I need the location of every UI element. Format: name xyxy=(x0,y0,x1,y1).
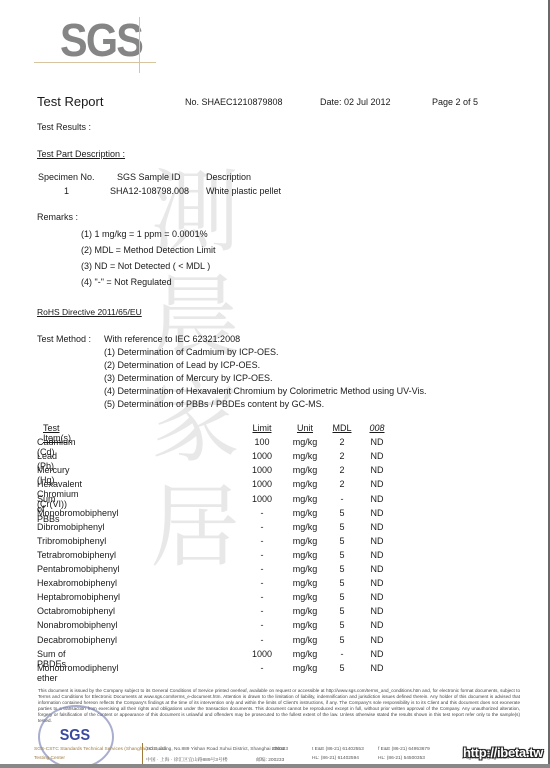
test-item-cell: Octabromobiphenyl xyxy=(37,606,115,616)
test-item-cell: Heptabromobiphenyl xyxy=(37,592,120,602)
test-item-cell: Decabromobiphenyl xyxy=(37,635,117,645)
remarks-label: Remarks : xyxy=(37,212,78,222)
unit-cell: mg/kg xyxy=(290,522,320,532)
unit-cell: mg/kg xyxy=(290,536,320,546)
specimen-header: Description xyxy=(206,172,251,182)
test-item-cell: Pentabromobiphenyl xyxy=(37,564,120,574)
result-cell: ND xyxy=(362,663,392,673)
legal-disclaimer: This document is issued by the Company s… xyxy=(38,688,520,724)
mdl-cell: 2 xyxy=(327,451,357,461)
limit-cell: - xyxy=(247,592,277,602)
unit-cell: mg/kg xyxy=(290,649,320,659)
remark-item: (3) ND = Not Detected ( < MDL ) xyxy=(81,261,210,271)
header-unit: Unit xyxy=(290,423,320,433)
limit-cell: 1000 xyxy=(247,451,277,461)
unit-cell: mg/kg xyxy=(290,437,320,447)
limit-cell: 1000 xyxy=(247,465,277,475)
phone-hl-tel: HL: (86-21) 61402594 xyxy=(312,756,359,761)
test-item-cell: Tribromobiphenyl xyxy=(37,536,106,546)
test-item-cell: Monobromobiphenyl xyxy=(37,508,119,518)
page-bottom-border xyxy=(0,764,550,768)
limit-cell: - xyxy=(247,635,277,645)
stamp-logo-text: SGS xyxy=(60,727,90,745)
limit-cell: 1000 xyxy=(247,649,277,659)
mdl-cell: 5 xyxy=(327,578,357,588)
result-cell: ND xyxy=(362,437,392,447)
limit-cell: - xyxy=(247,508,277,518)
unit-cell: mg/kg xyxy=(290,620,320,630)
unit-cell: mg/kg xyxy=(290,663,320,673)
specimen-cell: White plastic pellet xyxy=(206,186,281,196)
test-method-item: (2) Determination of Lead by ICP-OES. xyxy=(104,360,260,370)
sgs-logo: SGS xyxy=(34,17,159,77)
result-cell: ND xyxy=(362,606,392,616)
limit-cell: - xyxy=(247,620,277,630)
test-method-reference: With reference to IEC 62321:2008 xyxy=(104,334,240,344)
result-cell: ND xyxy=(362,479,392,489)
limit-cell: - xyxy=(247,564,277,574)
logo-rule xyxy=(34,62,156,63)
limit-cell: 1000 xyxy=(247,479,277,489)
mdl-cell: 5 xyxy=(327,635,357,645)
test-results-label: Test Results : xyxy=(37,122,91,132)
limit-cell: - xyxy=(247,536,277,546)
result-cell: ND xyxy=(362,620,392,630)
limit-cell: 100 xyxy=(247,437,277,447)
mdl-cell: 5 xyxy=(327,550,357,560)
unit-cell: mg/kg xyxy=(290,592,320,602)
test-report-page: SGS Test Report No. SHAEC1210879808 Date… xyxy=(0,0,550,768)
limit-cell: - xyxy=(247,663,277,673)
address-chinese: 中国 · 上海 · 徐汇区宜山路889号3号楼 xyxy=(146,756,228,763)
mdl-cell: 2 xyxy=(327,479,357,489)
unit-cell: mg/kg xyxy=(290,479,320,489)
header-mdl: MDL xyxy=(327,423,357,433)
unit-cell: mg/kg xyxy=(290,606,320,616)
result-cell: ND xyxy=(362,536,392,546)
remark-item: (4) "-" = Not Regulated xyxy=(81,277,172,287)
postcode-english: 200233 xyxy=(272,747,288,752)
specimen-cell: SHA12-108798.008 xyxy=(110,186,189,196)
mdl-cell: 5 xyxy=(327,663,357,673)
report-title: Test Report xyxy=(37,94,103,109)
limit-cell: 1000 xyxy=(247,494,277,504)
test-part-description-heading: Test Part Description : xyxy=(37,149,125,159)
postcode-chinese: 邮编: 200233 xyxy=(256,756,284,763)
mdl-cell: - xyxy=(327,649,357,659)
result-cell: ND xyxy=(362,451,392,461)
remark-item: (2) MDL = Method Detection Limit xyxy=(81,245,215,255)
limit-cell: - xyxy=(247,606,277,616)
test-method-item: (5) Determination of PBBs / PBDEs conten… xyxy=(104,399,324,409)
test-item-cell: Nonabromobiphenyl xyxy=(37,620,118,630)
background-watermark: 測晨家居 xyxy=(130,160,260,580)
limit-cell: - xyxy=(247,522,277,532)
specimen-header: SGS Sample ID xyxy=(117,172,181,182)
mdl-cell: 5 xyxy=(327,564,357,574)
result-cell: ND xyxy=(362,578,392,588)
report-date: Date: 02 Jul 2012 xyxy=(320,97,391,107)
page-number: Page 2 of 5 xyxy=(432,97,478,107)
result-cell: ND xyxy=(362,592,392,602)
mdl-cell: 5 xyxy=(327,508,357,518)
phone-hl-fax: HL: (86-21) 54500353 xyxy=(378,756,425,761)
header-sample-008: 008 xyxy=(362,423,392,433)
address-english: 3rd Building, No.889 Yishan Road Xuhui D… xyxy=(146,747,284,752)
phone-ee-tel: t E&E (86-21) 61402553 xyxy=(312,747,364,752)
result-cell: ND xyxy=(362,564,392,574)
result-cell: ND xyxy=(362,649,392,659)
phone-ee-fax: f E&E (86-21) 64953679 xyxy=(378,747,430,752)
mdl-cell: 5 xyxy=(327,522,357,532)
logo-rule-vertical xyxy=(139,17,140,73)
limit-cell: - xyxy=(247,578,277,588)
company-division: Testing Center xyxy=(34,756,65,761)
result-cell: ND xyxy=(362,508,392,518)
test-item-cell: Tetrabromobiphenyl xyxy=(37,550,116,560)
result-cell: ND xyxy=(362,635,392,645)
test-item-cell: Monobromodiphenyl ether xyxy=(37,663,119,683)
mdl-cell: - xyxy=(327,494,357,504)
unit-cell: mg/kg xyxy=(290,465,320,475)
sgs-logo-text: SGS xyxy=(60,17,142,63)
test-method-item: (4) Determination of Hexavalent Chromium… xyxy=(104,386,426,396)
mdl-cell: 5 xyxy=(327,620,357,630)
mdl-cell: 2 xyxy=(327,465,357,475)
directive-heading: RoHS Directive 2011/65/EU xyxy=(37,307,142,317)
mdl-cell: 5 xyxy=(327,606,357,616)
test-method-item: (1) Determination of Cadmium by ICP-OES. xyxy=(104,347,279,357)
remark-item: (1) 1 mg/kg = 1 ppm = 0.0001% xyxy=(81,229,208,239)
unit-cell: mg/kg xyxy=(290,494,320,504)
test-method-label: Test Method : xyxy=(37,334,91,344)
header-limit: Limit xyxy=(247,423,277,433)
result-cell: ND xyxy=(362,465,392,475)
report-number: No. SHAEC1210879808 xyxy=(185,97,283,107)
mdl-cell: 5 xyxy=(327,592,357,602)
limit-cell: - xyxy=(247,550,277,560)
mdl-cell: 5 xyxy=(327,536,357,546)
unit-cell: mg/kg xyxy=(290,564,320,574)
result-cell: ND xyxy=(362,550,392,560)
result-cell: ND xyxy=(362,494,392,504)
test-item-cell: Hexabromobiphenyl xyxy=(37,578,117,588)
specimen-cell: 1 xyxy=(64,186,69,196)
unit-cell: mg/kg xyxy=(290,550,320,560)
site-watermark-url: http://ibeta.tw xyxy=(463,745,543,760)
footer-divider xyxy=(142,743,143,765)
test-item-cell: Dibromobiphenyl xyxy=(37,522,105,532)
test-method-item: (3) Determination of Mercury by ICP-OES. xyxy=(104,373,273,383)
unit-cell: mg/kg xyxy=(290,578,320,588)
specimen-header: Specimen No. xyxy=(38,172,95,182)
unit-cell: mg/kg xyxy=(290,635,320,645)
unit-cell: mg/kg xyxy=(290,451,320,461)
mdl-cell: 2 xyxy=(327,437,357,447)
unit-cell: mg/kg xyxy=(290,508,320,518)
result-cell: ND xyxy=(362,522,392,532)
